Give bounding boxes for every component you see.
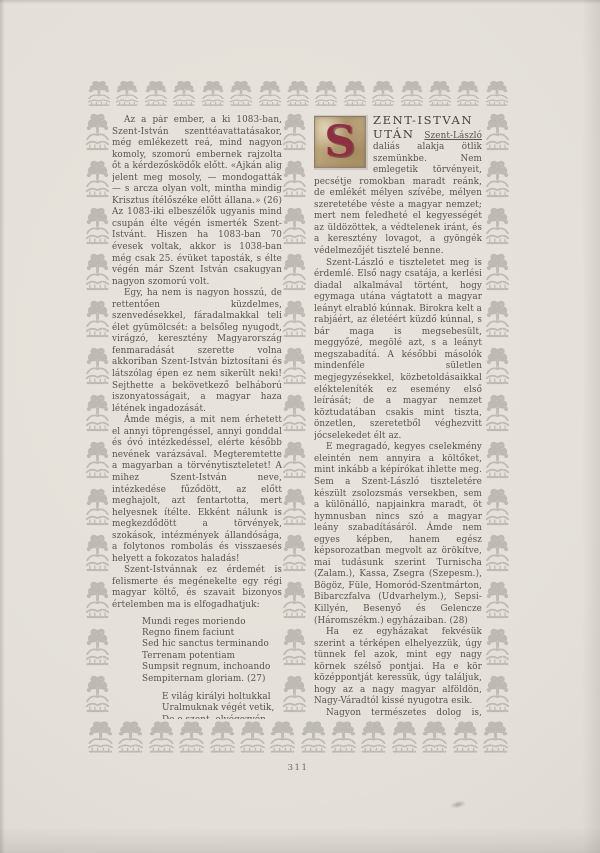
tree-ornament-icon <box>200 80 226 107</box>
page-number: 311 <box>86 763 510 773</box>
text-column-right: S ZENT-ISTVÁN UTÁN Szent-László daliás a… <box>314 115 482 719</box>
verse-line: De e szent, elvégezvén <box>162 715 282 719</box>
tree-ornament-icon <box>84 112 111 152</box>
tree-ornament-icon <box>281 580 308 620</box>
latin-verse: Mundi reges moriendo Regno finem faciunt… <box>142 617 282 685</box>
tree-ornament-icon <box>84 393 111 433</box>
tree-ornament-icon <box>313 80 339 107</box>
tree-ornament-icon <box>281 299 308 339</box>
tree-ornament-icon <box>84 252 111 292</box>
underlined-name: Szent-László <box>424 131 482 141</box>
paragraph: Szent-László e tiszteletet meg is érdeml… <box>314 258 482 443</box>
tree-ornament-icon <box>484 159 511 199</box>
tree-ornament-icon <box>84 580 111 620</box>
tree-ornament-icon <box>114 80 140 107</box>
verse-line: Regno finem faciunt <box>142 628 282 639</box>
lead-paragraph: S ZENT-ISTVÁN UTÁN Szent-László daliás a… <box>314 115 482 258</box>
tree-ornament-icon <box>238 720 267 754</box>
tree-ornament-icon <box>484 206 511 246</box>
tree-ornament-icon <box>281 393 308 433</box>
paragraph: Egy, ha nem is nagyon hosszú, de rettent… <box>112 288 282 415</box>
tree-ornament-icon <box>390 720 419 754</box>
tree-ornament-icon <box>285 80 311 107</box>
pencil-smudge <box>449 799 466 810</box>
drop-cap-initial: S <box>314 116 366 168</box>
paragraph: Ha ez egyházakat fekvésük szerint a térk… <box>314 627 482 708</box>
tree-ornament-icon <box>84 674 111 714</box>
ornament-border-bottom <box>86 720 510 754</box>
tree-ornament-icon <box>84 627 111 667</box>
tree-ornament-icon <box>86 80 112 107</box>
tree-ornament-icon <box>484 533 511 573</box>
tree-ornament-icon <box>484 299 511 339</box>
tree-ornament-icon <box>451 720 480 754</box>
paragraph: E megragadó, kegyes cselekmény eleintén … <box>314 442 482 627</box>
tree-ornament-icon <box>484 252 511 292</box>
tree-ornament-icon <box>484 580 511 620</box>
tree-ornament-icon <box>484 627 511 667</box>
tree-ornament-icon <box>342 80 368 107</box>
tree-ornament-icon <box>84 440 111 480</box>
tree-ornament-icon <box>228 80 254 107</box>
tree-ornament-icon <box>484 440 511 480</box>
ornament-border-top <box>86 80 510 107</box>
verse-line: Mundi reges moriendo <box>142 617 282 628</box>
verse-line: Sempiternam gloriam. (27) <box>142 674 282 685</box>
tree-ornament-icon <box>281 206 308 246</box>
hungarian-verse: E világ királyi holtukkal Uralmuknak vég… <box>162 692 282 719</box>
tree-ornament-icon <box>329 720 358 754</box>
tree-ornament-icon <box>147 720 176 754</box>
verse-line: Sed hic sanctus terminando <box>142 639 282 650</box>
tree-ornament-icon <box>455 80 481 107</box>
tree-ornament-icon <box>281 112 308 152</box>
tree-ornament-icon <box>484 346 511 386</box>
tree-ornament-icon <box>484 674 511 714</box>
tree-ornament-icon <box>420 720 449 754</box>
tree-ornament-icon <box>116 720 145 754</box>
text-column-left: Az a pár ember, a ki 1083-ban, Szent-Ist… <box>112 115 282 719</box>
ornament-border-left <box>84 112 111 714</box>
paragraph: Az a pár ember, a ki 1083-ban, Szent-Ist… <box>112 115 282 288</box>
tree-ornament-icon <box>177 720 206 754</box>
verse-line: Sumpsit regnum, inchoando <box>142 662 282 673</box>
tree-ornament-icon <box>84 299 111 339</box>
tree-ornament-icon <box>84 159 111 199</box>
tree-ornament-icon <box>484 80 510 107</box>
tree-ornament-icon <box>299 720 328 754</box>
paragraph: Szent-Istvánnak ez érdemét is felismerte… <box>112 565 282 611</box>
tree-ornament-icon <box>84 206 111 246</box>
book-page-scan: Az a pár ember, a ki 1083-ban, Szent-Ist… <box>0 0 600 853</box>
tree-ornament-icon <box>281 487 308 527</box>
tree-ornament-icon <box>484 487 511 527</box>
verse-line: E világ királyi holtukkal <box>162 692 282 703</box>
tree-ornament-icon <box>370 80 396 107</box>
tree-ornament-icon <box>484 393 511 433</box>
tree-ornament-icon <box>359 720 388 754</box>
tree-ornament-icon <box>257 80 283 107</box>
tree-ornament-icon <box>268 720 297 754</box>
tree-ornament-icon <box>399 80 425 107</box>
tree-ornament-icon <box>281 346 308 386</box>
tree-ornament-icon <box>281 627 308 667</box>
tree-ornament-icon <box>281 252 308 292</box>
tree-ornament-icon <box>208 720 237 754</box>
paragraph: Ámde mégis, a mit nem érhetett el annyi … <box>112 415 282 565</box>
tree-ornament-icon <box>281 533 308 573</box>
tree-ornament-icon <box>281 674 308 714</box>
ornament-border-right <box>484 112 511 714</box>
tree-ornament-icon <box>281 440 308 480</box>
tree-ornament-icon <box>143 80 169 107</box>
ornament-border-middle <box>281 112 308 714</box>
tree-ornament-icon <box>86 720 115 754</box>
tree-ornament-icon <box>84 346 111 386</box>
tree-ornament-icon <box>84 533 111 573</box>
tree-ornament-icon <box>481 720 510 754</box>
paragraph: Nagyon természetes dolog is, hogy a nagy… <box>314 708 482 719</box>
verse-line: Terrenam potentiam <box>142 651 282 662</box>
tree-ornament-icon <box>84 487 111 527</box>
tree-ornament-icon <box>427 80 453 107</box>
tree-ornament-icon <box>171 80 197 107</box>
verse-line: Uralmuknak végét vetik, <box>162 703 282 714</box>
tree-ornament-icon <box>484 112 511 152</box>
tree-ornament-icon <box>281 159 308 199</box>
